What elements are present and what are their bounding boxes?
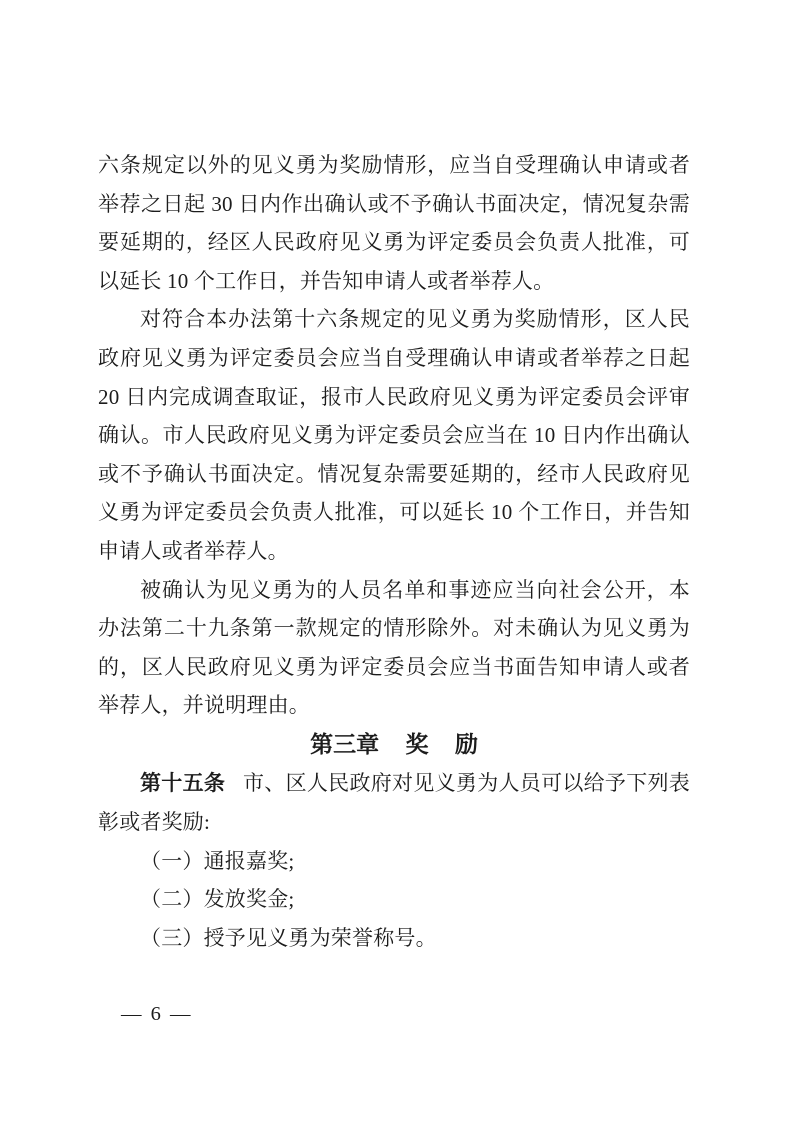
chapter-number: 第三章	[310, 731, 379, 757]
list-item-3: （三）授予见义勇为荣誉称号。	[98, 919, 690, 958]
paragraph-confirmation-deadline: 六条规定以外的见义勇为奖励情形，应当自受理确认申请或者举荐之日起 30 日内作出…	[98, 146, 690, 300]
list-item-1: （一）通报嘉奖;	[98, 842, 690, 881]
paragraph-public-disclosure: 被确认为见义勇为的人员名单和事迹应当向社会公开，本办法第二十九条第一款规定的情形…	[98, 571, 690, 725]
article-15-number: 第十五条	[140, 772, 225, 795]
paragraph-article16-procedure: 对符合本办法第十六条规定的见义勇为奖励情形，区人民政府见义勇为评定委员会应当自受…	[98, 300, 690, 570]
list-item-2: （二）发放奖金;	[98, 880, 690, 919]
document-page: 六条规定以外的见义勇为奖励情形，应当自受理确认申请或者举荐之日起 30 日内作出…	[0, 0, 793, 1122]
document-body: 六条规定以外的见义勇为奖励情形，应当自受理确认申请或者举荐之日起 30 日内作出…	[98, 146, 690, 957]
article-15-paragraph: 第十五条市、区人民政府对见义勇为人员可以给予下列表彰或者奖励:	[98, 764, 690, 842]
chapter-heading: 第三章奖励	[98, 725, 690, 764]
chapter-title-char-1: 奖	[406, 731, 429, 757]
page-number: — 6 —	[121, 1001, 193, 1027]
chapter-title-char-2: 励	[455, 731, 478, 757]
